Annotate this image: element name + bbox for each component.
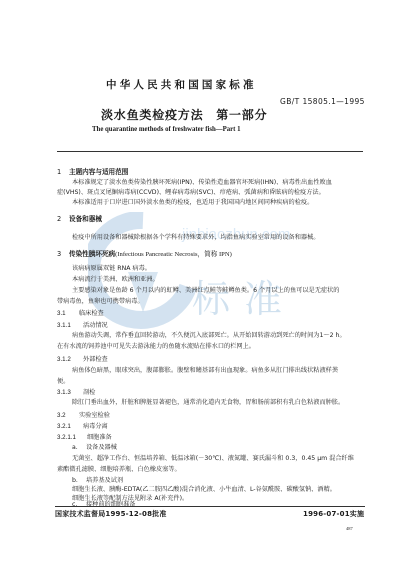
- national-standard-header: 中华人民共和国国家标准: [106, 77, 257, 92]
- subsection-title: 剖检: [83, 389, 95, 396]
- subsection-3-1-3-heading: 3.1.3剖检: [57, 387, 95, 396]
- list-label: a.: [72, 443, 86, 452]
- paragraph: 在有水流的饲养池中可见失去游泳能力的鱼随水流贴在排水口的栏网上。: [57, 342, 255, 351]
- document-page: jinbiaozhun.com 标准 中华人民共和国国家标准 GB/T 1580…: [0, 0, 400, 564]
- subsection-3-1-1-heading: 3.1.1活动情况: [57, 320, 108, 329]
- paragraph: 本标准适用于口岸进口国外淡水鱼类的检疫，也适用于我国国内地区间同种疾病的检疫。: [72, 198, 313, 207]
- subsection-3-2-heading: 3.2实验室检验: [57, 410, 110, 419]
- subsection-number: 3.2.1: [57, 423, 83, 430]
- list-label: b.: [72, 476, 86, 485]
- list-label: c.: [72, 500, 86, 509]
- subsection-number: 3.1.3: [57, 389, 83, 396]
- subsection-3-1-heading: 3.1临床检查: [57, 308, 104, 317]
- paragraph: 便。: [57, 377, 69, 386]
- subsection-title: 实验室检验: [79, 412, 110, 419]
- section-title: 传染性胰坏死病: [69, 250, 115, 258]
- list-item-b: b.培养基及试剂: [72, 476, 123, 485]
- section-number: 2: [57, 215, 69, 223]
- subsection-number: 3.2.1.1: [57, 434, 87, 441]
- subsection-title: 外部检查: [83, 356, 108, 363]
- footer-divider: [55, 506, 365, 507]
- subsection-number: 3.1.2: [57, 356, 83, 363]
- section-number: 1: [57, 168, 69, 176]
- section-title: 设备和器械: [69, 215, 102, 223]
- subsection-3-2-1-heading: 3.2.1病毒分离: [57, 421, 108, 430]
- section-title: 主题内容与适用范围: [69, 168, 128, 176]
- subsection-title: 病毒分离: [83, 423, 108, 430]
- paragraph: 本标准规定了淡水鱼类传染性胰坏死病(IPN)、传染性造血器官坏死病(IHN)、病…: [72, 178, 332, 187]
- paragraph: 素酯微孔滤膜、细胞培养瓶、白色橡皮塞等。: [57, 465, 181, 474]
- subsection-title: 细胞准备: [87, 434, 112, 441]
- subsection-3-2-1-1-heading: 3.2.1.1细胞准备: [57, 432, 112, 441]
- section-number: 3: [57, 250, 69, 258]
- list-title: 设备及器械: [86, 444, 117, 451]
- section-title-latin: (Infectious Pancreatic Necrosis，简称 IPN): [115, 251, 232, 258]
- watermark-text: 标准: [192, 268, 296, 323]
- paragraph: 主要感染对象是鱼龄 6 个月以内的虹鳟、美洲红点鲑等鲑鳟鱼类。6 个月以上的鱼可…: [72, 286, 339, 295]
- subsection-title: 活动情况: [83, 322, 108, 329]
- paragraph: 病鱼游动失调，常作垂直回转游动，不久便沉入底部死亡。从开始回转游动到死亡的时间为…: [72, 331, 346, 340]
- paragraph: 检疫中所用设备和器械除根据各个学科有特殊要求外，均指鱼病实验室常用的设备和器械。: [72, 233, 320, 242]
- section-3-heading: 3传染性胰坏死病(Infectious Pancreatic Necrosis，…: [57, 248, 232, 258]
- paragraph: 带病毒鱼，鱼卵也可携带病毒。: [57, 297, 144, 306]
- subsection-3-1-2-heading: 3.1.2外部检查: [57, 354, 108, 363]
- paragraph: 病鱼体色暗黑，眼球突出，腹部膨胀。腹壁和鳍基部有出血现象。病鱼多从肛门排出线状粘…: [72, 366, 338, 375]
- subsection-number: 3.1: [57, 310, 79, 317]
- subsection-title: 临床检查: [79, 310, 104, 317]
- header-divider: [57, 151, 363, 152]
- paragraph: 除肛门垂出血外，肝脏和脾脏显著褪色，通常消化道内无食物，胃和肠前部积有乳白色粘液…: [72, 398, 344, 407]
- paragraph: 无菌室、超净工作台、恒温培养箱、低温冰箱(－30℃)、液氮罐、赛氏漏斗和 0.3…: [72, 454, 354, 463]
- page-number: 487: [346, 526, 353, 531]
- list-item-c: c.接种前的细胞准备: [72, 500, 136, 509]
- paragraph: 症(VHS)、斑点叉尾鮰病毒病(CCVD)、鲤春病毒病(SVC)、疖疮病、弧菌病…: [57, 188, 325, 197]
- document-title-cn: 淡水鱼类检疫方法 第一部分: [101, 106, 267, 123]
- standard-number: GB/T 15805.1—1995: [280, 97, 365, 106]
- subsection-number: 3.2: [57, 412, 79, 419]
- list-title: 培养基及试剂: [86, 477, 123, 484]
- document-title-en: The quarantine methods of freshwater fis…: [92, 126, 241, 133]
- paragraph: 细胞生长液、胰酶-EDTA(乙二胺四乙酸)混合消化液、小牛血清、L-谷氨酰胺、碳…: [72, 485, 336, 494]
- subsection-number: 3.1.1: [57, 322, 83, 329]
- paragraph: 该病病原属双链 RNA 病毒。: [72, 264, 151, 273]
- approval-date: 国家技术监督局1995-12-08批准: [55, 509, 167, 519]
- section-2-heading: 2设备和器械: [57, 213, 102, 223]
- paragraph: 本病流行于美洲、欧洲和亚洲。: [72, 275, 159, 284]
- section-1-heading: 1主题内容与适用范围: [57, 166, 128, 176]
- list-item-a: a.设备及器械: [72, 443, 117, 452]
- implementation-date: 1996-07-01实施: [303, 509, 364, 519]
